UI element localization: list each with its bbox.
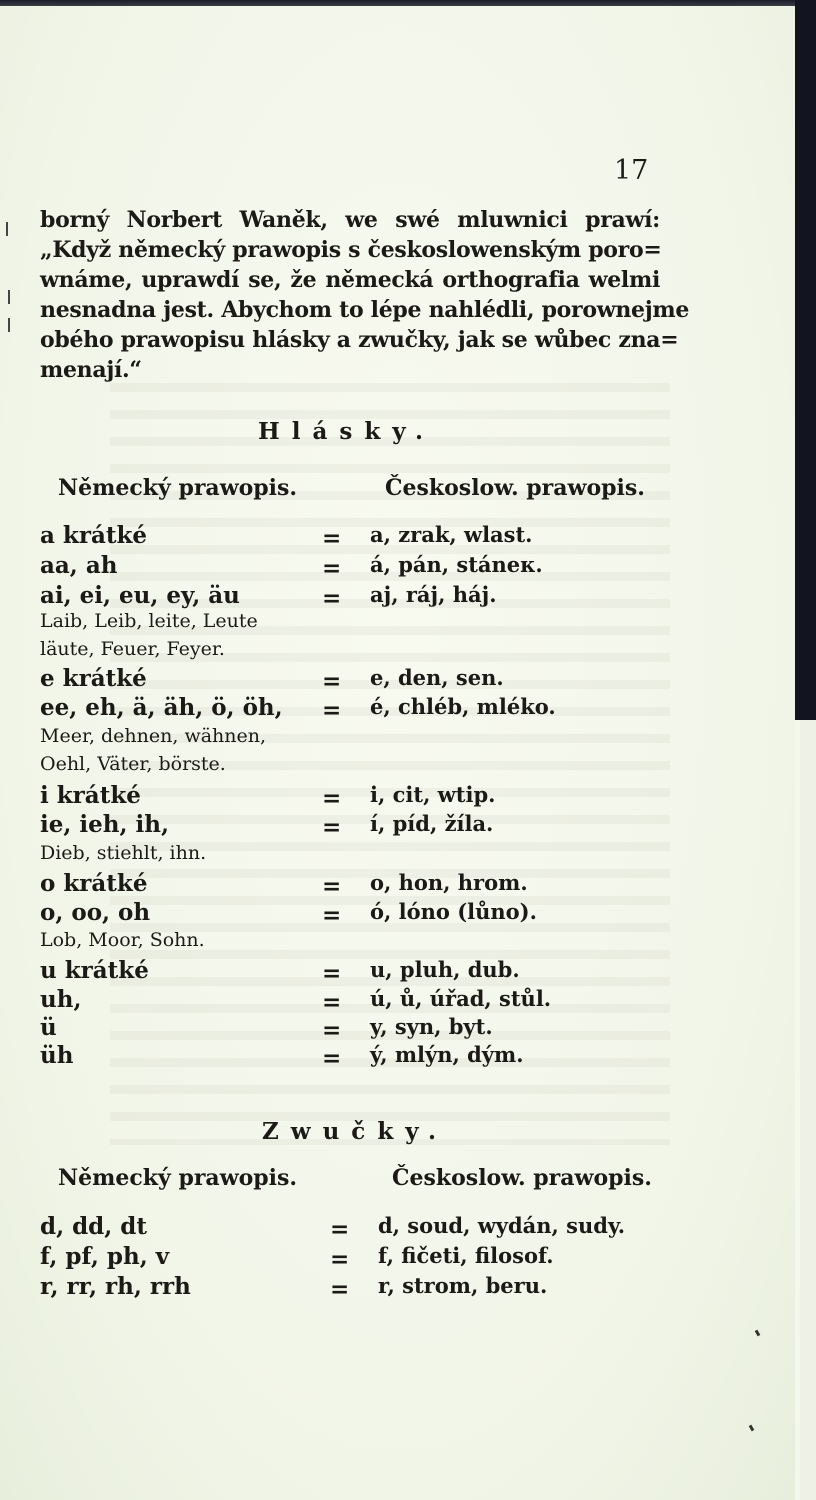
czech-spelling: u, pluh, dub. xyxy=(370,957,520,982)
margin-mark xyxy=(6,222,8,236)
german-spelling: u krátké xyxy=(40,957,149,984)
equals-sign: = xyxy=(322,814,341,841)
column-header-czech: Českoslow. prawopis. xyxy=(392,1165,652,1191)
table-row: u krátké = u, pluh, dub. xyxy=(40,957,680,987)
czech-spelling: é, chléb, mléko. xyxy=(370,694,556,719)
body-paragraph: borný Norbert Waněk, we swé mluwnici pra… xyxy=(40,205,660,385)
german-spelling: aa, ah xyxy=(40,552,117,579)
czech-spelling: á, pán, stáneк. xyxy=(370,552,543,577)
czech-spelling: ú, ů, úřad, stůl. xyxy=(370,986,551,1011)
table-row: f, pf, ph, v = f, fičeti, filosof. xyxy=(40,1243,680,1273)
table-row: ai, ei, eu, ey, äu = aj, ráj, háj. xyxy=(40,582,680,612)
german-spelling: f, pf, ph, v xyxy=(40,1243,169,1270)
equals-sign: = xyxy=(330,1276,349,1303)
czech-spelling: í, píd, žíla. xyxy=(370,811,493,836)
table-row: ü = y, syn, byt. xyxy=(40,1014,680,1044)
table-row: o, oo, oh = ó, lóno (lůno). xyxy=(40,899,680,929)
table-row: üh = ý, mlýn, dým. xyxy=(40,1042,680,1072)
german-spelling: ie, ieh, ih, xyxy=(40,811,169,838)
table-row: ie, ieh, ih, = í, píd, žíla. xyxy=(40,811,680,841)
paragraph-line: wnáme, uprawdí se, že německá orthografi… xyxy=(40,265,660,295)
german-spelling: o, oo, oh xyxy=(40,899,150,926)
equals-sign: = xyxy=(322,585,341,612)
margin-mark xyxy=(8,290,10,304)
german-spelling: i krátké xyxy=(40,782,141,809)
example-row: Lob, Moor, Sohn. xyxy=(40,929,680,959)
equals-sign: = xyxy=(322,1045,341,1072)
equals-sign: = xyxy=(322,555,341,582)
czech-spelling: e, den, sen. xyxy=(370,665,504,690)
column-header-german: Německý prawopis. xyxy=(58,1165,297,1191)
czech-spelling: d, soud, wydán, sudy. xyxy=(378,1213,625,1238)
czech-spelling: o, hon, hrom. xyxy=(370,870,528,895)
equals-sign: = xyxy=(322,525,341,552)
table-row: e krátké = e, den, sen. xyxy=(40,665,680,695)
table-row: d, dd, dt = d, soud, wydán, sudy. xyxy=(40,1213,680,1243)
column-header-czech: Českoslow. prawopis. xyxy=(385,475,645,501)
german-spelling: d, dd, dt xyxy=(40,1213,147,1240)
example-row: Meer, dehnen, wähnen, xyxy=(40,725,680,755)
paragraph-line: nesnadna jest. Abychom to lépe nahlédli,… xyxy=(40,295,660,325)
example-row: Dieb, stiehlt, ihn. xyxy=(40,842,680,872)
equals-sign: = xyxy=(322,873,341,900)
equals-sign: = xyxy=(322,668,341,695)
equals-sign: = xyxy=(322,989,341,1016)
table-row: aa, ah = á, pán, stáneк. xyxy=(40,552,680,582)
german-spelling: ee, eh, ä, äh, ö, öh, xyxy=(40,694,283,721)
czech-spelling: f, fičeti, filosof. xyxy=(378,1243,554,1268)
czech-spelling: i, cit, wtip. xyxy=(370,782,495,807)
german-examples: Oehl, Väter, börste. xyxy=(40,753,226,775)
german-examples: läute, Feuer, Feyer. xyxy=(40,638,225,660)
german-examples: Lob, Moor, Sohn. xyxy=(40,929,205,951)
table-row: ee, eh, ä, äh, ö, öh, = é, chléb, mléko. xyxy=(40,694,680,724)
paragraph-line: obého prawopisu hlásky a zwučky, jak se … xyxy=(40,325,660,355)
scan-right-edge xyxy=(795,0,816,720)
czech-spelling: aj, ráj, háj. xyxy=(370,582,497,607)
margin-mark xyxy=(8,318,10,332)
czech-spelling: r, strom, beru. xyxy=(378,1273,547,1298)
table-row: i krátké = i, cit, wtip. xyxy=(40,782,680,812)
german-spelling: r, rr, rh, rrh xyxy=(40,1273,191,1300)
equals-sign: = xyxy=(322,1017,341,1044)
example-row: Oehl, Väter, börste. xyxy=(40,753,680,783)
czech-spelling: y, syn, byt. xyxy=(370,1014,493,1039)
page-number: 17 xyxy=(614,155,648,186)
section-heading-consonants: Zwučky. xyxy=(262,1118,448,1145)
german-spelling: a krátké xyxy=(40,522,147,549)
table-row: a krátké = a, zrak, wlast. xyxy=(40,522,680,552)
example-row: Laib, Leib, leite, Leute xyxy=(40,610,680,640)
equals-sign: = xyxy=(322,785,341,812)
example-row: läute, Feuer, Feyer. xyxy=(40,638,680,668)
german-spelling: o krátké xyxy=(40,870,148,897)
german-examples: Laib, Leib, leite, Leute xyxy=(40,610,258,632)
paragraph-line: „Když německý prawopis s česko­slowenský… xyxy=(40,235,660,265)
table-row: r, rr, rh, rrh = r, strom, beru. xyxy=(40,1273,680,1303)
german-spelling: uh, xyxy=(40,986,81,1013)
paragraph-line: menají.“ xyxy=(40,355,660,385)
czech-spelling: ó, lóno (lůno). xyxy=(370,899,537,924)
german-spelling: e krátké xyxy=(40,665,147,692)
table-row: uh, = ú, ů, úřad, stůl. xyxy=(40,986,680,1016)
equals-sign: = xyxy=(322,902,341,929)
german-spelling: ü xyxy=(40,1014,57,1041)
paragraph-line: borný Norbert Waněk, we swé mluwnici pra… xyxy=(40,205,660,235)
equals-sign: = xyxy=(322,960,341,987)
column-header-german: Německý prawopis. xyxy=(58,475,297,501)
equals-sign: = xyxy=(330,1216,349,1243)
german-spelling: üh xyxy=(40,1042,73,1069)
equals-sign: = xyxy=(322,697,341,724)
czech-spelling: a, zrak, wlast. xyxy=(370,522,533,547)
table-row: o krátké = o, hon, hrom. xyxy=(40,870,680,900)
equals-sign: = xyxy=(330,1246,349,1273)
czech-spelling: ý, mlýn, dým. xyxy=(370,1042,524,1067)
german-examples: Meer, dehnen, wähnen, xyxy=(40,725,266,747)
section-heading-vowels: Hlásky. xyxy=(258,418,435,445)
german-examples: Dieb, stiehlt, ihn. xyxy=(40,842,206,864)
scan-right-margin xyxy=(800,720,816,1500)
german-spelling: ai, ei, eu, ey, äu xyxy=(40,582,240,609)
